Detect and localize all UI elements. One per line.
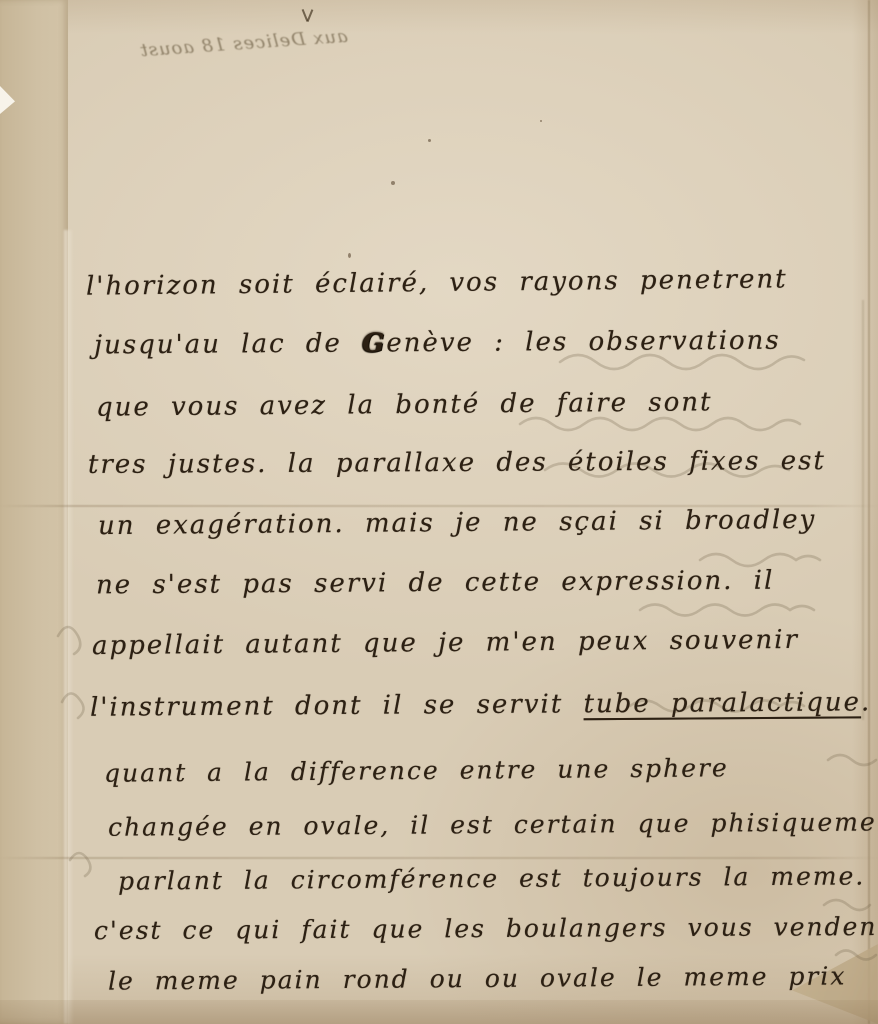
- horizontal-fold-crease-lower: [0, 857, 878, 859]
- ink-speck: [540, 120, 542, 122]
- line8-pre: l'instrument dont il se servit: [90, 689, 584, 722]
- line2-pre: jusqu'au lac de: [94, 329, 362, 361]
- left-fold-strip: [0, 0, 68, 1024]
- stray-caret-ink-mark: [300, 8, 314, 22]
- ink-speck: [348, 253, 351, 258]
- underlined-phrase-tube-paralactique: tube paralactique: [583, 687, 861, 719]
- bottom-edge-shading: [0, 1000, 878, 1024]
- scanned-letter-page: aux Delices 18 aoust l'horizon soit écla…: [0, 0, 878, 1024]
- handwritten-line-3: que vous avez la bonté de faire sont: [96, 387, 713, 422]
- handwritten-line-11: parlant la circomférence est toujours la…: [118, 861, 865, 895]
- handwritten-line-9: quant a la difference entre une sphere: [104, 753, 729, 787]
- ink-speck: [391, 181, 395, 185]
- handwritten-line-10: changée en ovale, il est certain que phi…: [108, 807, 878, 842]
- torn-edge-highlight: [64, 230, 74, 1024]
- ink-speck: [428, 139, 431, 142]
- vertical-fold-crease-right: [862, 300, 864, 720]
- handwritten-line-2: jusqu'au lac de Genève : les observation…: [94, 326, 781, 361]
- handwritten-line-12: c'est ce qui fait que les boulangers vou…: [94, 912, 878, 945]
- handwritten-line-8: l'instrument dont il se servit tube para…: [90, 687, 871, 722]
- line2-post: enève : les observations: [386, 326, 781, 359]
- line8-post: .: [861, 687, 871, 717]
- paper-right-edge: [868, 0, 870, 1024]
- handwritten-line-4: tres justes. la parallaxe des étoiles fi…: [88, 446, 826, 480]
- handwritten-line-5: un exagération. mais je ne sçai si broad…: [98, 505, 817, 541]
- ink-blot-letter: G: [362, 328, 386, 358]
- handwritten-line-7: appellait autant que je m'en peux souven…: [92, 625, 799, 661]
- handwritten-line-6: ne s'est pas servi de cette expression. …: [96, 566, 775, 601]
- handwritten-line-13: le meme pain rond ou ou ovale le meme pr…: [108, 961, 847, 995]
